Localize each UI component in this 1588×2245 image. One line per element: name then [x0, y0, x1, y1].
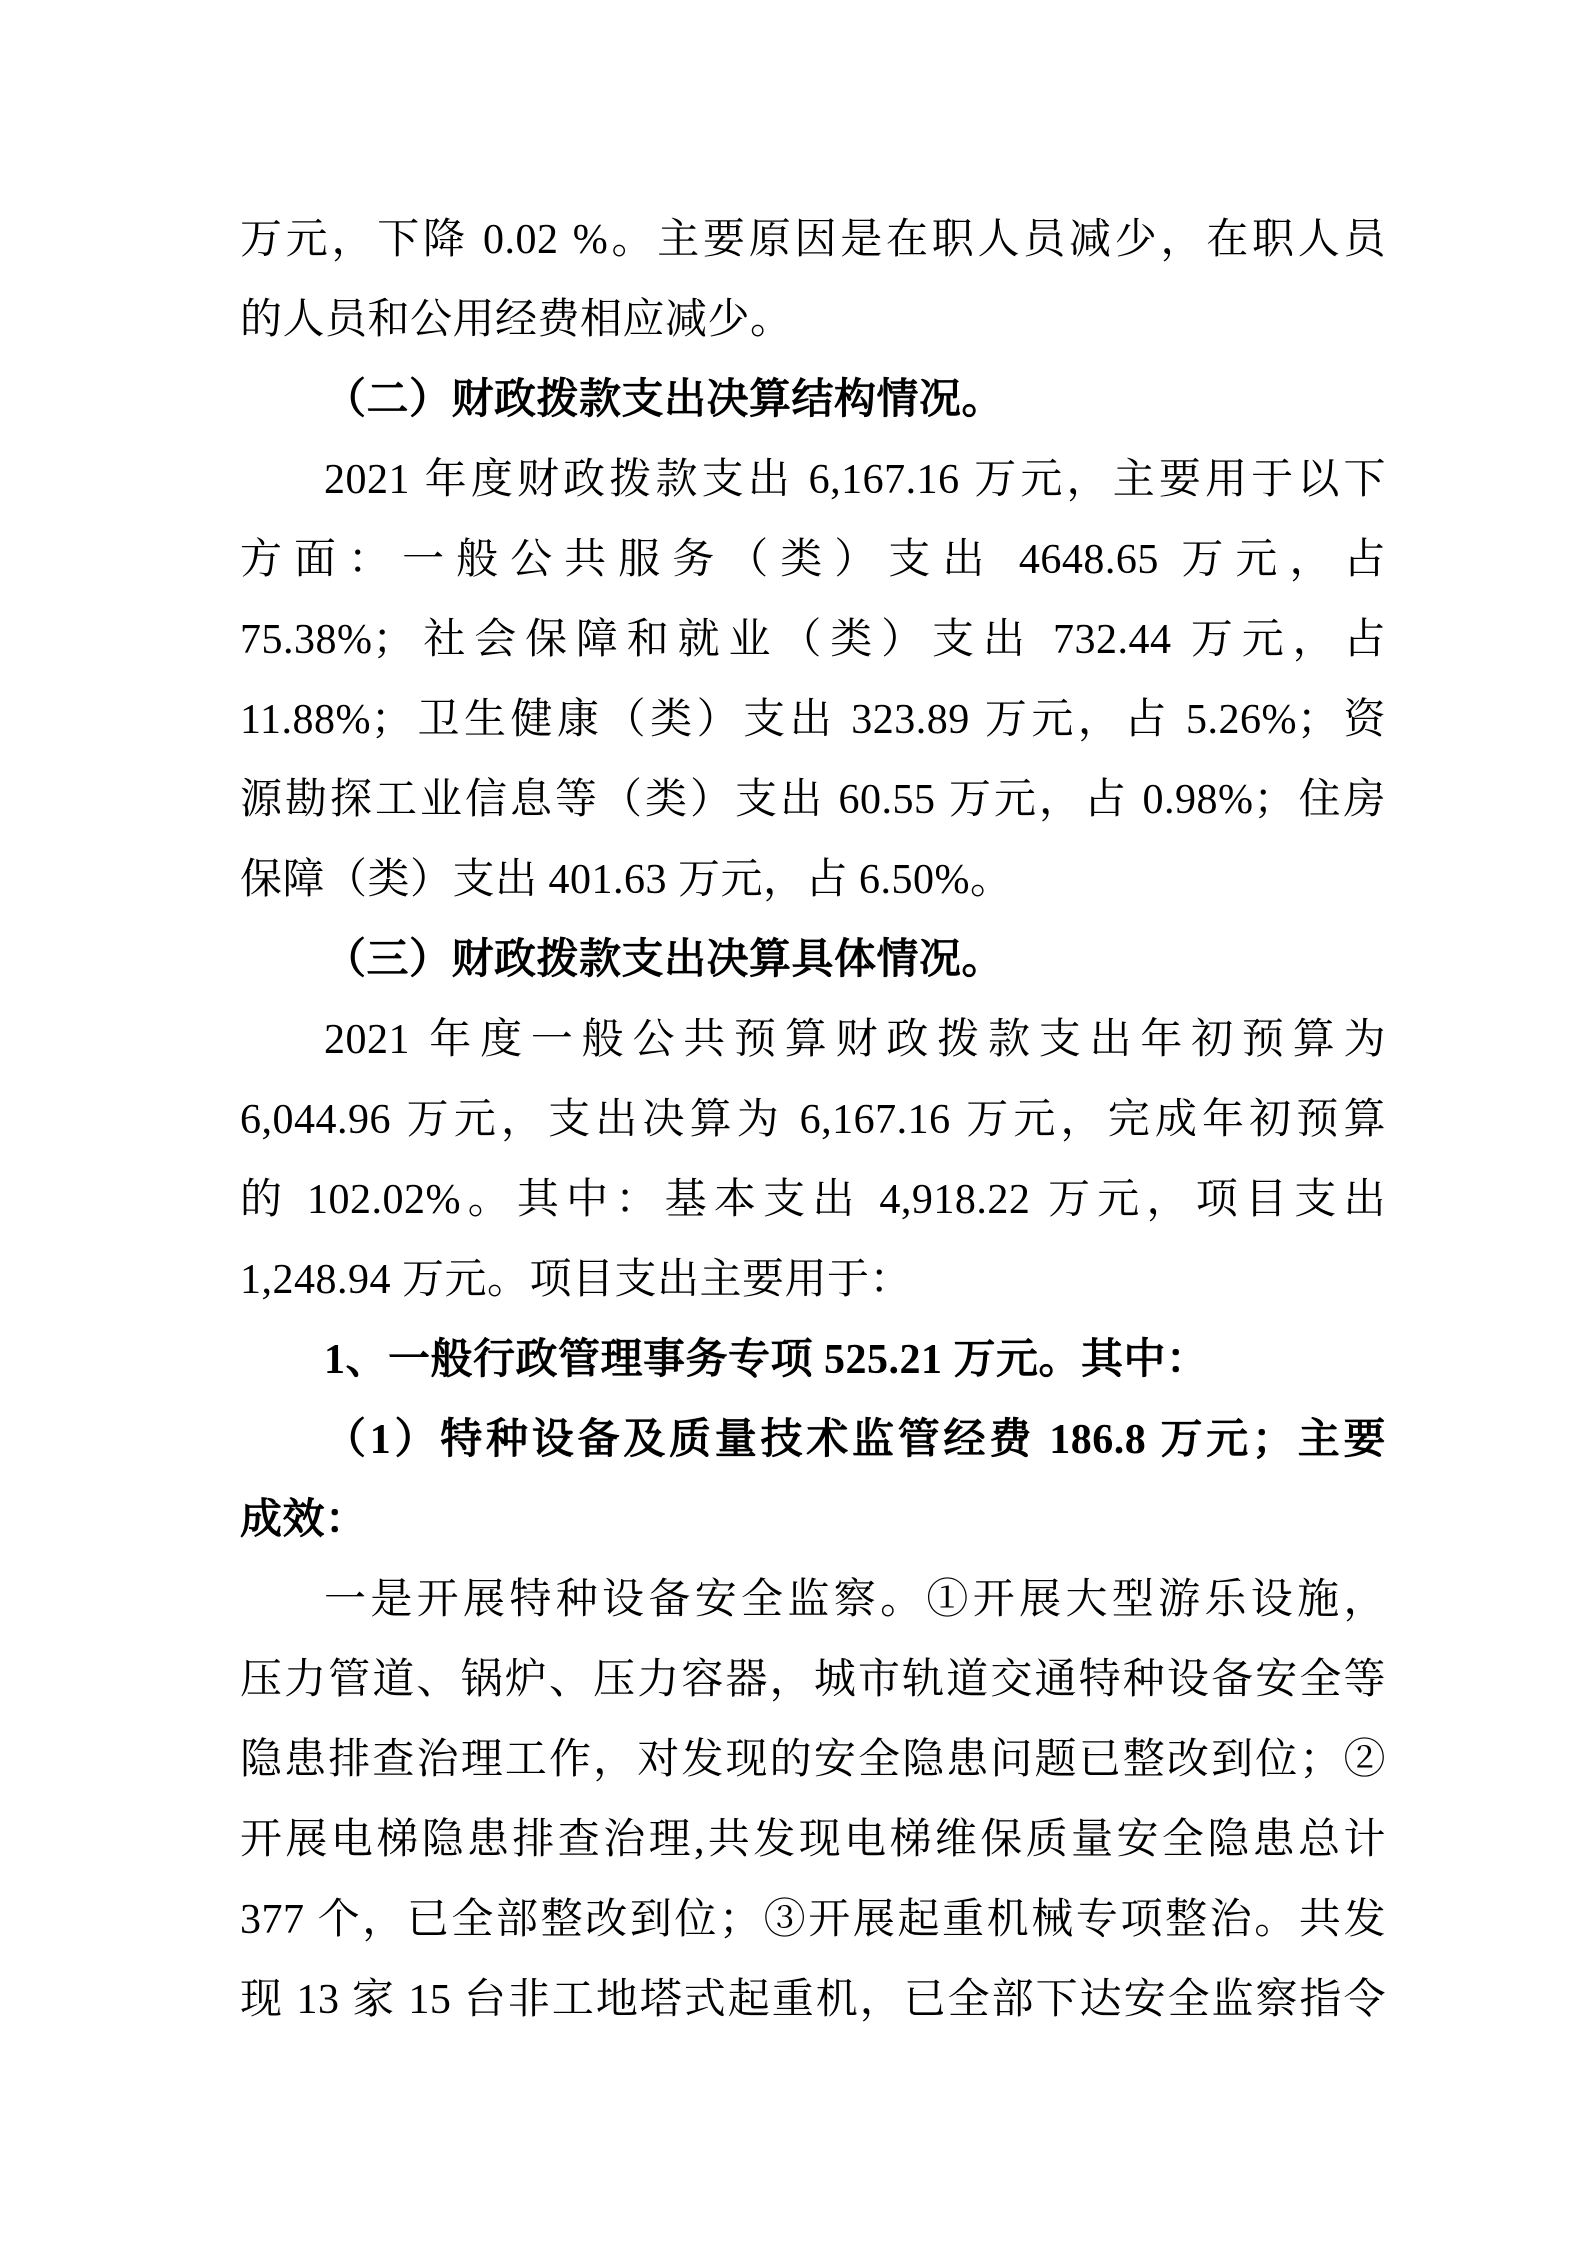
- text-line: 6,044.96 万元，支出决算为 6,167.16 万元，完成年初预算: [240, 1080, 1386, 1160]
- text-line: 保障（类）支出 401.63 万元，占 6.50%。: [240, 840, 1386, 920]
- text-line: 的 102.02%。其中：基本支出 4,918.22 万元，项目支出: [240, 1160, 1386, 1240]
- text-line: 隐患排查治理工作，对发现的安全隐患问题已整改到位；②: [240, 1720, 1386, 1800]
- paragraph-expenditure-structure-details: 2021 年度财政拨款支出 6,167.16 万元，主要用于以下 方面：一般公共…: [240, 440, 1386, 920]
- text-line: 一是开展特种设备安全监察。①开展大型游乐设施，: [240, 1560, 1386, 1640]
- text-line: 2021 年度财政拨款支出 6,167.16 万元，主要用于以下: [240, 440, 1386, 520]
- text-line: 现 13 家 15 台非工地塔式起重机，已全部下达安全监察指令: [240, 1960, 1386, 2040]
- document-page: 万元，下降 0.02 %。主要原因是在职人员减少，在职人员 的人员和公用经费相应…: [0, 0, 1588, 2245]
- heading-line: （三）财政拨款支出决算具体情况。: [240, 920, 1386, 1000]
- text-line: 75.38%；社会保障和就业（类）支出 732.44 万元，占: [240, 600, 1386, 680]
- paragraph-achievements-special-equipment: 一是开展特种设备安全监察。①开展大型游乐设施， 压力管道、锅炉、压力容器，城市轨…: [240, 1560, 1386, 2040]
- text-line: 万元，下降 0.02 %。主要原因是在职人员减少，在职人员: [240, 200, 1386, 280]
- heading-line: （二）财政拨款支出决算结构情况。: [240, 360, 1386, 440]
- text-line: 开展电梯隐患排查治理,共发现电梯维保质量安全隐患总计: [240, 1800, 1386, 1880]
- paragraph-personnel-funds-continuation: 万元，下降 0.02 %。主要原因是在职人员减少，在职人员 的人员和公用经费相应…: [240, 200, 1386, 360]
- text-line: 11.88%；卫生健康（类）支出 323.89 万元，占 5.26%；资: [240, 680, 1386, 760]
- text-line: 的人员和公用经费相应减少。: [240, 280, 1386, 360]
- heading-section-2-expenditure-structure: （二）财政拨款支出决算结构情况。: [240, 360, 1386, 440]
- text-line: 2021 年度一般公共预算财政拨款支出年初预算为: [240, 1000, 1386, 1080]
- text-line: 方面：一般公共服务（类）支出 4648.65 万元，占: [240, 520, 1386, 600]
- text-line: 377 个，已全部整改到位；③开展起重机械专项整治。共发: [240, 1880, 1386, 1960]
- text-line: 源勘探工业信息等（类）支出 60.55 万元，占 0.98%；住房: [240, 760, 1386, 840]
- heading-line: 1、一般行政管理事务专项 525.21 万元。其中：: [240, 1320, 1386, 1400]
- heading-line: （1）特种设备及质量技术监管经费 186.8 万元；主要: [240, 1400, 1386, 1480]
- text-line: 1,248.94 万元。项目支出主要用于：: [240, 1240, 1386, 1320]
- heading-item-1-1-special-equipment-funds: （1）特种设备及质量技术监管经费 186.8 万元；主要 成效：: [240, 1400, 1386, 1560]
- heading-line: 成效：: [240, 1480, 1386, 1560]
- heading-item-1-admin-management: 1、一般行政管理事务专项 525.21 万元。其中：: [240, 1320, 1386, 1400]
- paragraph-expenditure-specifics-details: 2021 年度一般公共预算财政拨款支出年初预算为 6,044.96 万元，支出决…: [240, 1000, 1386, 1320]
- heading-section-3-expenditure-specifics: （三）财政拨款支出决算具体情况。: [240, 920, 1386, 1000]
- document-body: 万元，下降 0.02 %。主要原因是在职人员减少，在职人员 的人员和公用经费相应…: [240, 200, 1386, 2040]
- text-line: 压力管道、锅炉、压力容器，城市轨道交通特种设备安全等: [240, 1640, 1386, 1720]
